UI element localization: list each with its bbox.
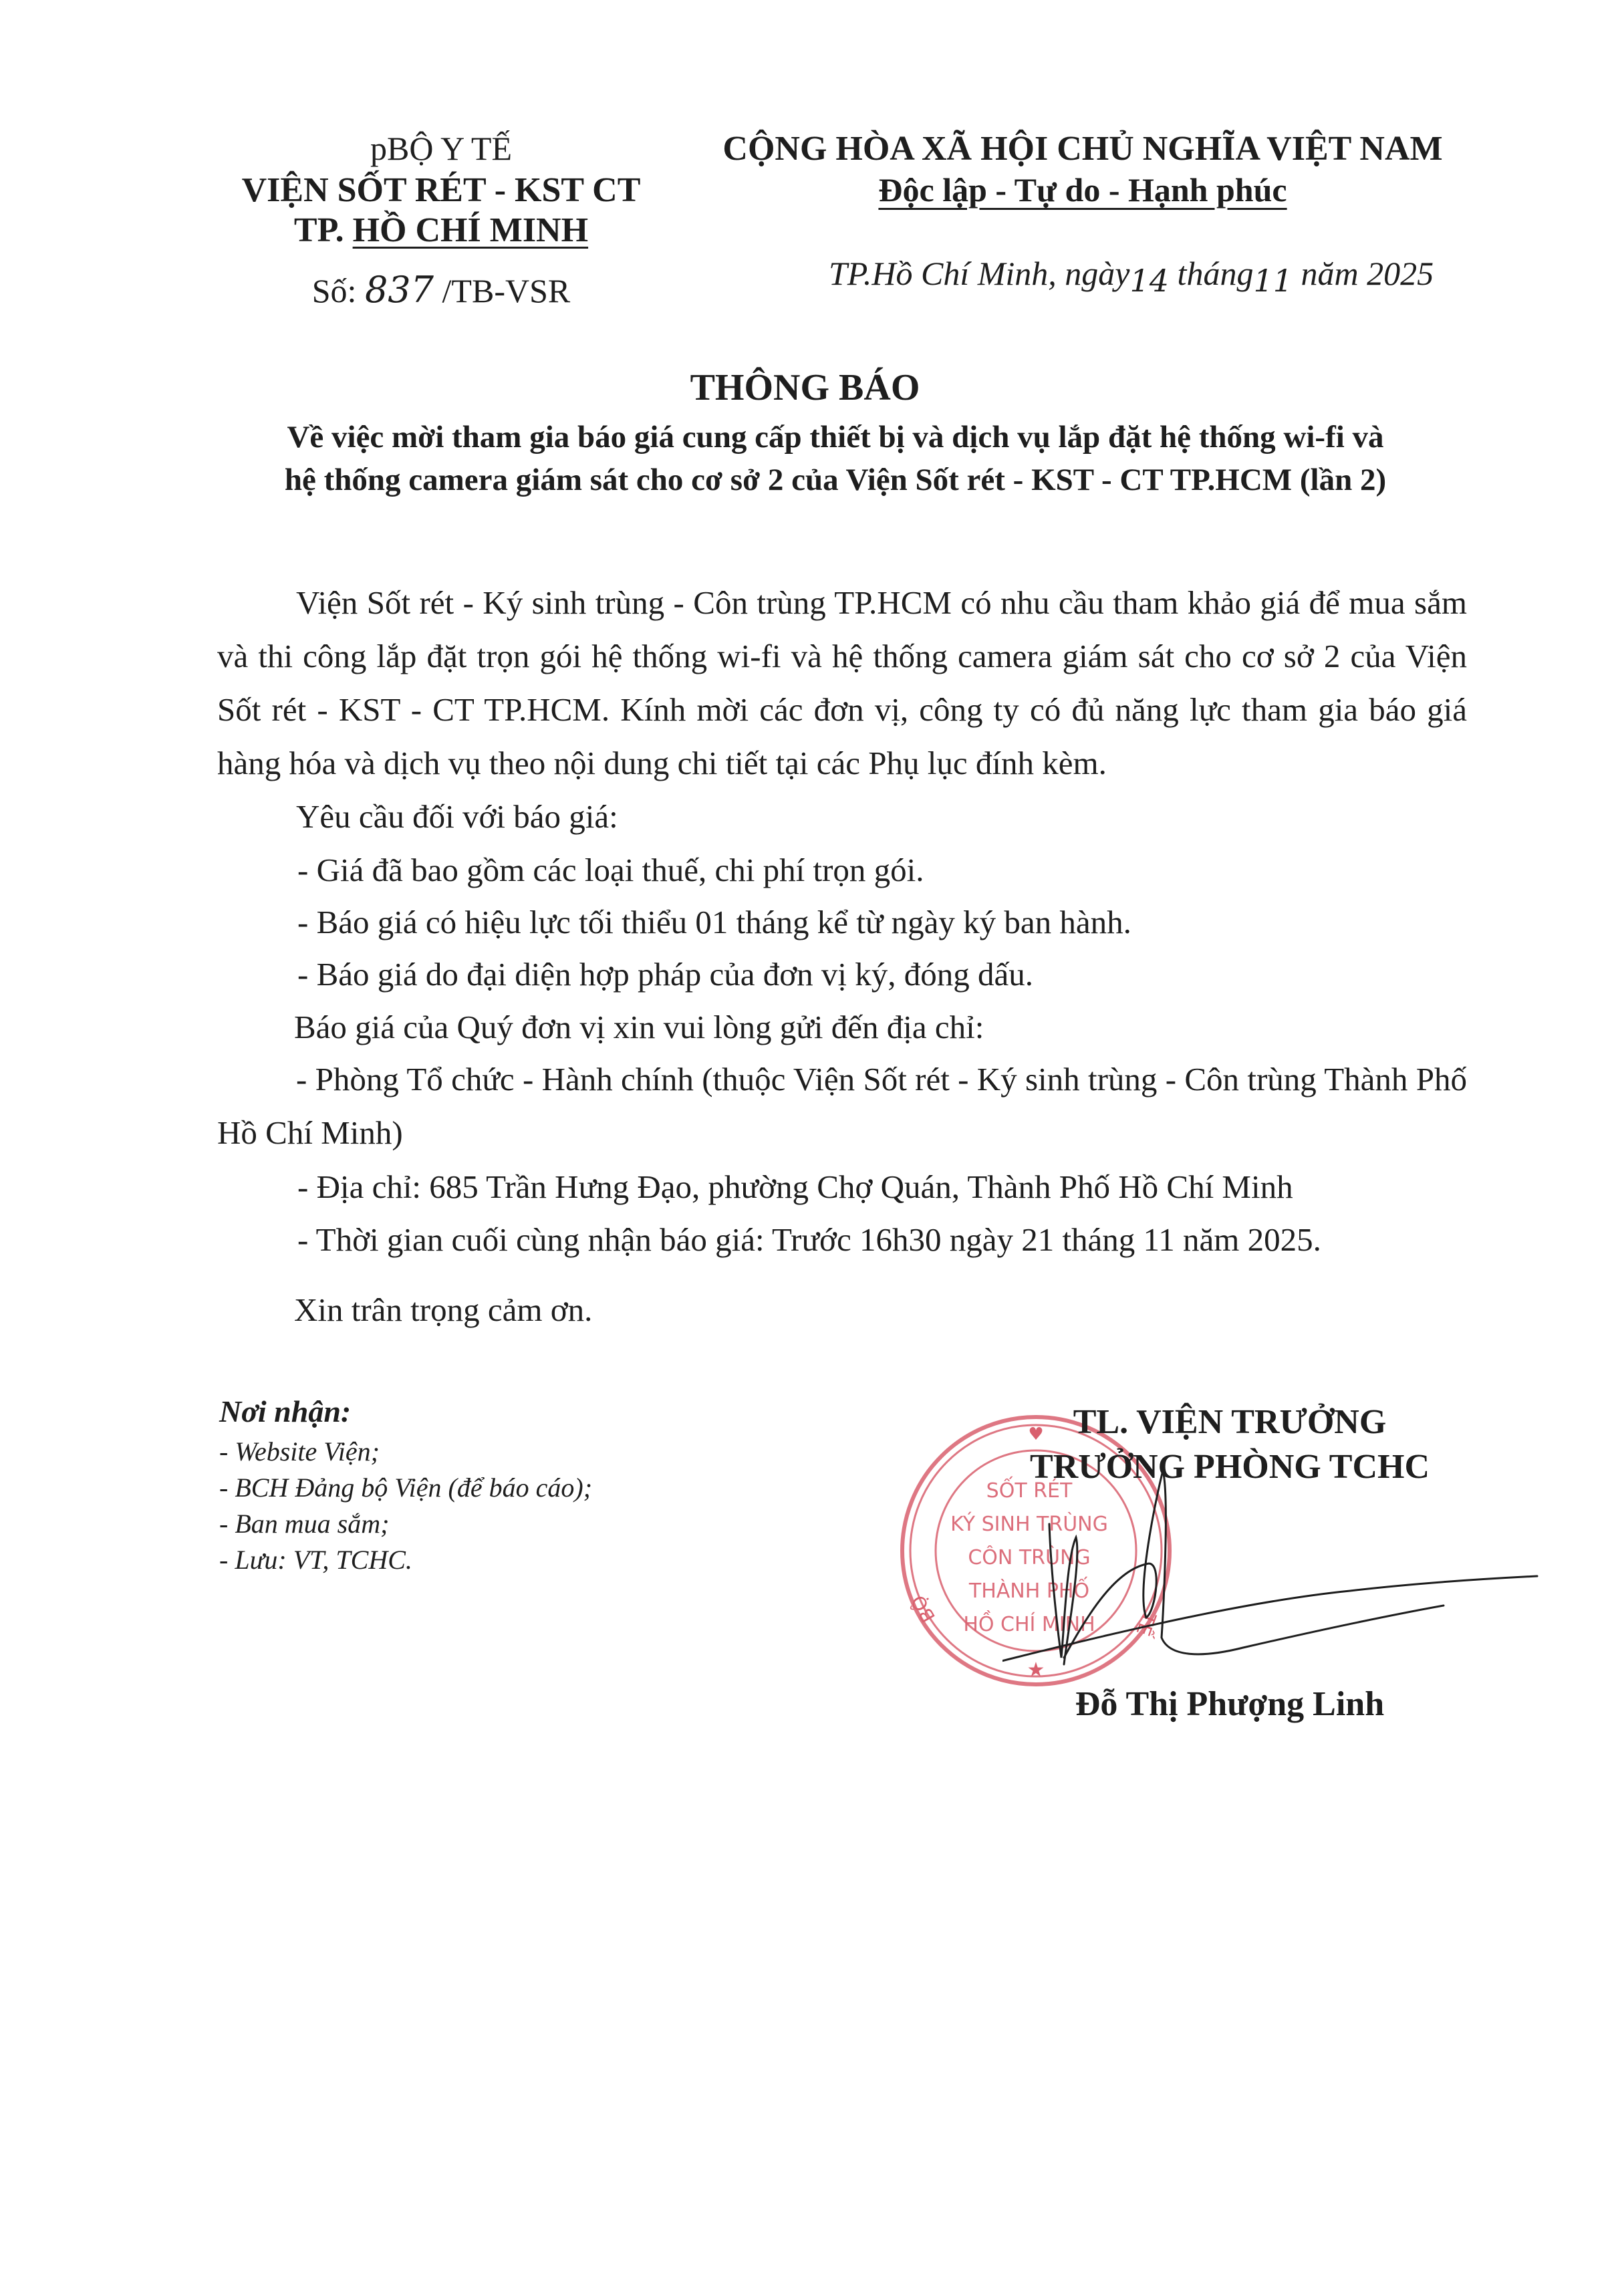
send-office: - Phòng Tổ chức - Hành chính (thuộc Viện… bbox=[217, 1053, 1467, 1160]
requirement-item: - Báo giá có hiệu lực tối thiểu 01 tháng… bbox=[297, 896, 1547, 949]
handwritten-signature-icon bbox=[1002, 1457, 1551, 1698]
send-heading: Báo giá của Quý đơn vị xin vui lòng gửi … bbox=[294, 1001, 1544, 1054]
requirement-item: - Báo giá do đại diện hợp pháp của đơn v… bbox=[297, 948, 1547, 1001]
motto-text: Độc lập - Tự do - Hạnh phúc bbox=[878, 171, 1287, 209]
document-number-label: Số: bbox=[312, 272, 365, 309]
recipient-item: - Website Viện; bbox=[219, 1434, 592, 1470]
date-month-label: tháng bbox=[1169, 255, 1253, 292]
institute-city: TP. HỒ CHÍ MINH bbox=[200, 211, 682, 250]
national-title: CỘNG HÒA XÃ HỘI CHỦ NGHĨA VIỆT NAM bbox=[682, 129, 1484, 168]
date-year: năm 2025 bbox=[1293, 255, 1434, 292]
requirements-heading: Yêu cầu đối với báo giá: bbox=[296, 790, 1546, 844]
send-address: - Địa chỉ: 685 Trần Hưng Đạo, phường Chợ… bbox=[297, 1160, 1547, 1214]
date-prefix: TP.Hồ Chí Minh, ngày bbox=[829, 255, 1130, 292]
recipient-item: - Lưu: VT, TCHC. bbox=[219, 1542, 592, 1578]
requirement-item: - Giá đã bao gồm các loại thuế, chi phí … bbox=[297, 844, 1547, 897]
date-line: TP.Hồ Chí Minh, ngày14 tháng11 năm 2025 bbox=[829, 254, 1434, 293]
send-deadline: - Thời gian cuối cùng nhận báo giá: Trướ… bbox=[297, 1213, 1547, 1267]
closing-text: Xin trân trọng cảm ơn. bbox=[294, 1283, 1544, 1337]
recipient-item: - BCH Đảng bộ Viện (để báo cáo); bbox=[219, 1470, 592, 1506]
ministry-name: pBỘ Y TẾ bbox=[200, 129, 682, 168]
recipients-heading: Nơi nhận: bbox=[219, 1394, 592, 1430]
signature-title-line-1: TL. VIỆN TRƯỞNG bbox=[962, 1402, 1497, 1442]
date-day: 14 bbox=[1130, 263, 1170, 299]
subtitle-line-1: Về việc mời tham gia báo giá cung cấp th… bbox=[194, 416, 1477, 459]
date-month: 11 bbox=[1253, 263, 1293, 299]
recipients-block: Nơi nhận: - Website Viện; - BCH Đảng bộ … bbox=[219, 1394, 592, 1578]
intro-paragraph: Viện Sốt rét - Ký sinh trùng - Côn trùng… bbox=[217, 576, 1467, 790]
document-number-handwritten: 837 bbox=[365, 269, 434, 311]
institute-name: VIỆN SỐT RÉT - KST CT bbox=[200, 170, 682, 210]
document-subtitle: Về việc mời tham gia báo giá cung cấp th… bbox=[194, 416, 1477, 501]
national-motto: Độc lập - Tự do - Hạnh phúc bbox=[682, 170, 1484, 209]
institute-city-prefix: TP. bbox=[294, 211, 353, 249]
institute-city-name: HỒ CHÍ MINH bbox=[353, 211, 588, 249]
document-number: Số: 837 /TB-VSR bbox=[200, 269, 682, 311]
document-number-suffix: /TB-VSR bbox=[434, 272, 570, 309]
signer-name: Đỗ Thị Phượng Linh bbox=[962, 1684, 1497, 1724]
subtitle-line-2: hệ thống camera giám sát cho cơ sở 2 của… bbox=[194, 459, 1477, 501]
recipient-item: - Ban mua sắm; bbox=[219, 1506, 592, 1542]
document-title: THÔNG BÁO bbox=[0, 366, 1610, 409]
